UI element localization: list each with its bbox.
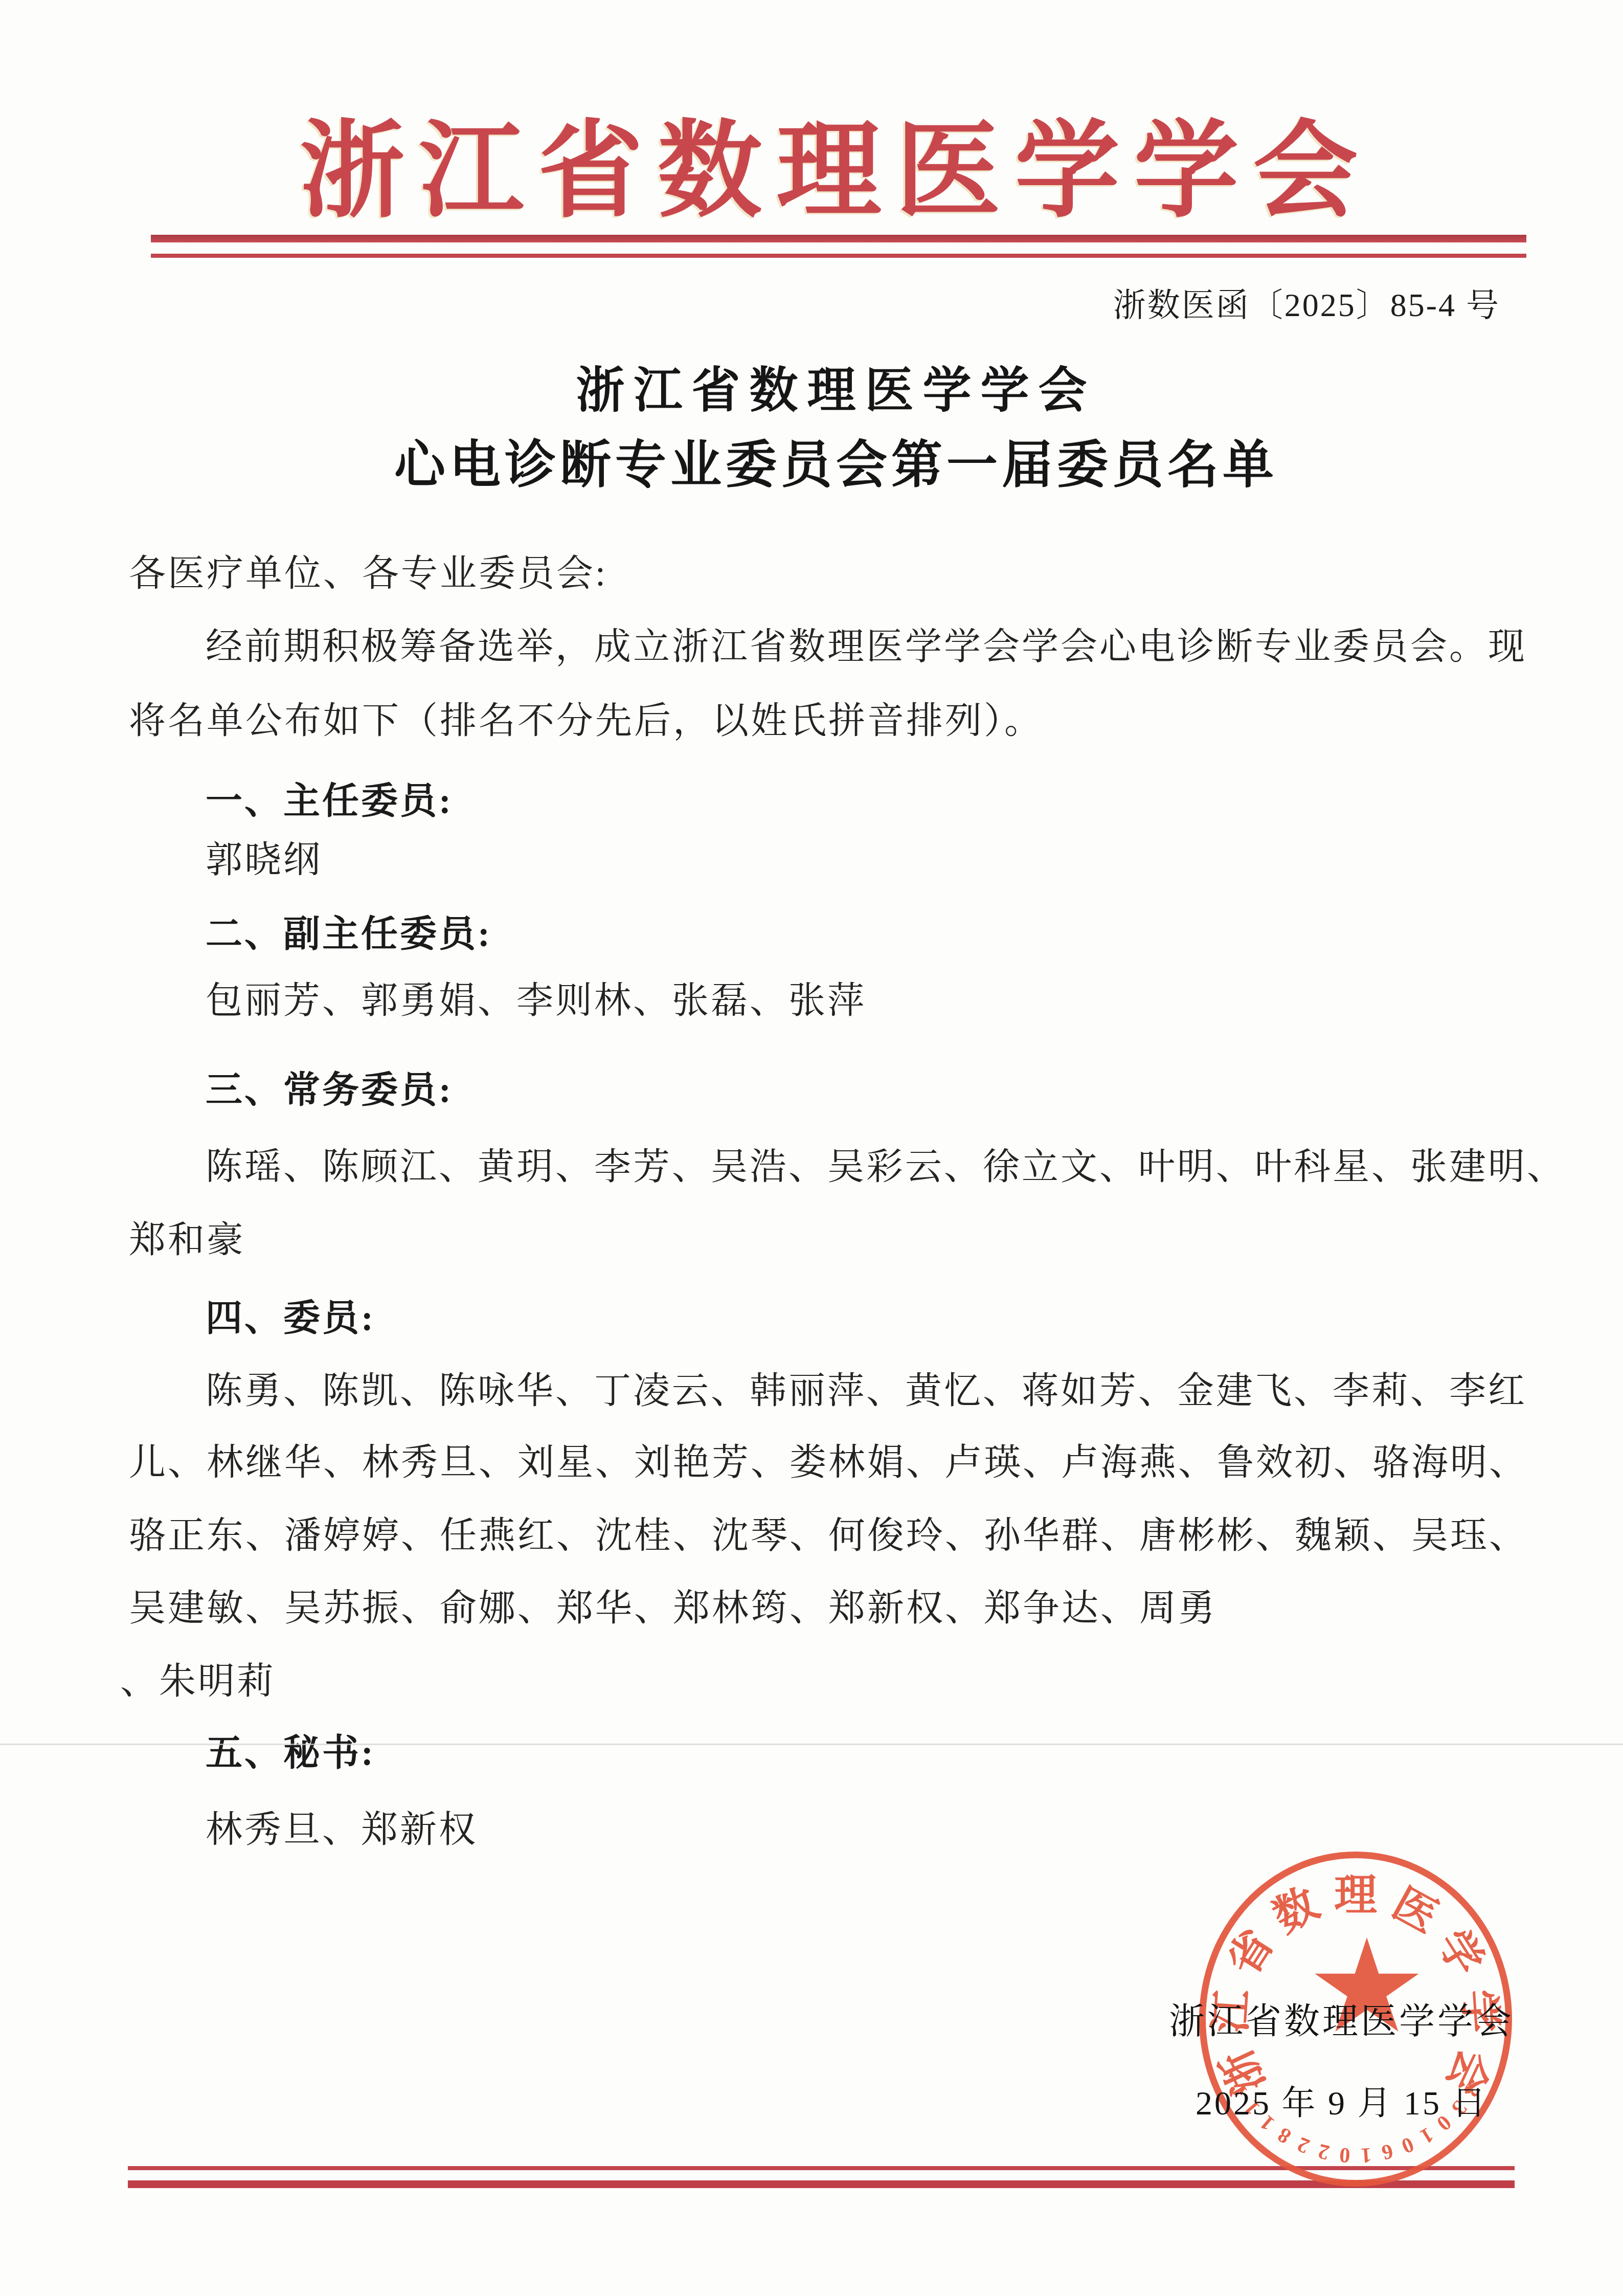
seal-arc-char: 省 (1210, 1915, 1286, 1985)
section-heading-2: 二、副主任委员: (206, 904, 492, 957)
section-4-names: 陈勇、陈凯、陈咏华、丁凌云、韩丽萍、黄忆、蒋如芳、金建飞、李莉、李红 (206, 1361, 1527, 1414)
header-rule-thin (151, 254, 1526, 258)
seal-serial-digit: 2 (1294, 2131, 1313, 2158)
section-heading-3: 三、常务委员: (206, 1060, 453, 1113)
section-heading-5: 五、秘书: (206, 1723, 375, 1776)
seal-serial-digit: 0 (1339, 2142, 1351, 2167)
seal-arc-char: 医 (1383, 1869, 1451, 1944)
main-title-line2: 心电诊断专业委员会第一届委员名单 (72, 423, 1601, 497)
header-rule-thick (151, 235, 1526, 242)
main-title-line1: 浙江省数理医学学会 (72, 352, 1601, 421)
seal-arc-char: 学 (1426, 1915, 1501, 1985)
section-4-names: 吴建敏、吴苏振、俞娜、郑华、郑林筠、郑新权、郑争达、周勇 (129, 1578, 1217, 1631)
letterhead-title: 浙江省数理医学学会 (72, 86, 1601, 237)
seal-serial-digit: 8 (1274, 2122, 1296, 2148)
section-5-names: 林秀旦、郑新权 (206, 1799, 478, 1853)
signature-org: 浙江省数理医学学会 (1169, 1993, 1514, 2044)
seal-serial-digit: 1 (1415, 2122, 1437, 2148)
section-3-names: 郑和豪 (129, 1210, 245, 1263)
signature-date: 2025 年 9 月 15 日 (1196, 2076, 1488, 2124)
section-3-names: 陈瑶、陈顾江、黄玥、李芳、吴浩、吴彩云、徐立文、叶明、叶科星、张建明、 (206, 1136, 1566, 1190)
seal-serial-digit: 6 (1379, 2138, 1395, 2165)
section-heading-4: 四、委员: (206, 1288, 375, 1341)
scan-artifact-line (0, 1744, 1623, 1745)
paragraph-line: 将名单公布如下（排名不分先后，以姓氏拼音排列）。 (129, 690, 1043, 744)
section-heading-1: 一、主任委员: (206, 771, 453, 824)
doc-number: 浙数医函〔2025〕85-4 号 (1113, 279, 1500, 326)
seal-serial-digit: 2 (1316, 2138, 1332, 2165)
section-2-names: 包丽芳、郭勇娟、李则林、张磊、张萍 (206, 970, 866, 1023)
salutation: 各医疗单位、各专业委员会: (129, 543, 607, 596)
paragraph-line: 经前期积极筹备选举，成立浙江省数理医学学会学会心电诊断专业委员会。现 (206, 616, 1527, 670)
document-page: 浙江省数理医学学会 浙数医函〔2025〕85-4 号 浙江省数理医学学会 心电诊… (0, 0, 1623, 2296)
section-4-names: 儿、林继华、林秀旦、刘星、刘艳芳、娄林娟、卢瑛、卢海燕、鲁效初、骆海明、 (129, 1432, 1528, 1485)
seal-serial-digit: 1 (1360, 2142, 1373, 2167)
section-4-names: 骆正东、潘婷婷、任燕红、沈桂、沈琴、何俊玲、孙华群、唐彬彬、魏颖、吴珏、 (129, 1505, 1528, 1558)
seal-serial-digit: 0 (1398, 2131, 1417, 2158)
section-1-names: 郭晓纲 (206, 830, 322, 883)
seal-arc-char: 数 (1260, 1869, 1328, 1944)
seal-arc-char: 理 (1334, 1860, 1377, 1922)
section-4-names: 、朱明莉 (120, 1651, 276, 1704)
